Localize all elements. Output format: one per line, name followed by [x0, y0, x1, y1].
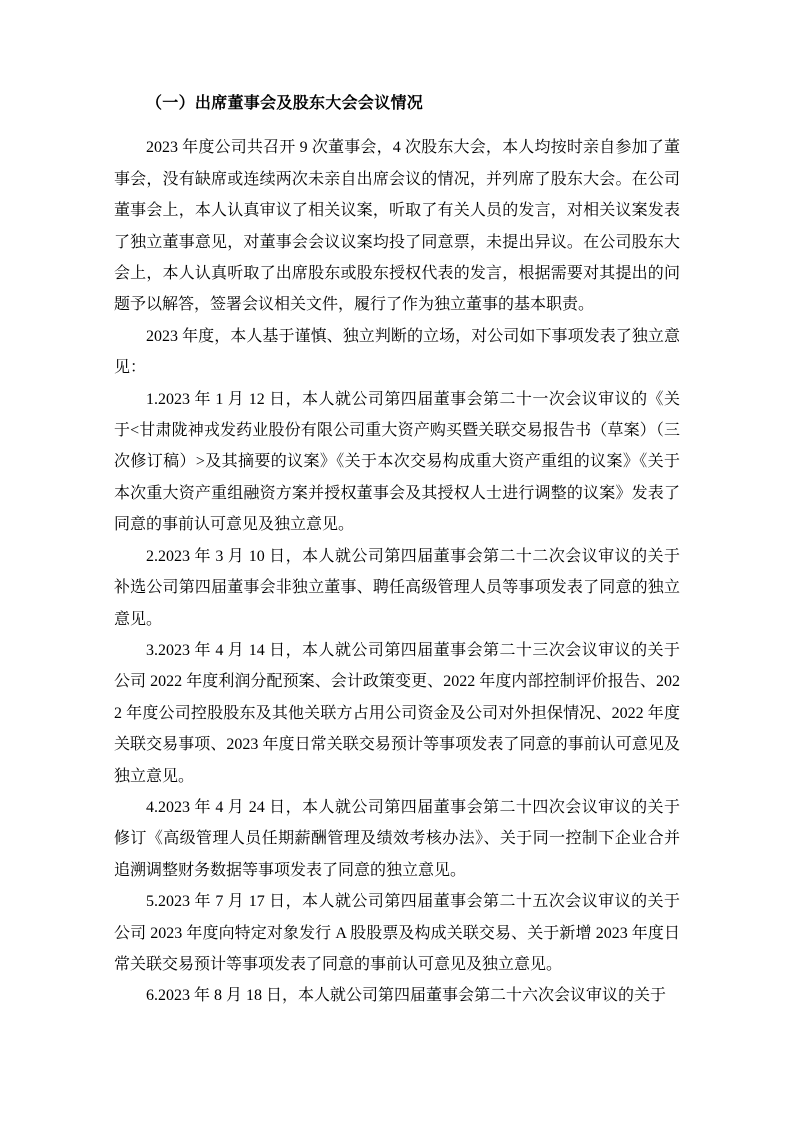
paragraph-opinions-intro: 2023 年度，本人基于谨慎、独立判断的立场，对公司如下事项发表了独立意见：: [114, 321, 680, 384]
document-page: （一）出席董事会及股东大会会议情况 2023 年度公司共召开 9 次董事会，4 …: [0, 0, 794, 1122]
paragraph-item-2: 2.2023 年 3 月 10 日，本人就公司第四届董事会第二十二次会议审议的关…: [114, 541, 680, 635]
paragraph-item-1: 1.2023 年 1 月 12 日，本人就公司第四届董事会第二十一次会议审议的《…: [114, 384, 680, 541]
paragraph-item-6: 6.2023 年 8 月 18 日，本人就公司第四届董事会第二十六次会议审议的关…: [114, 980, 680, 1011]
section-heading: （一）出席董事会及股东大会会议情况: [114, 88, 680, 119]
paragraph-item-3: 3.2023 年 4 月 14 日，本人就公司第四届董事会第二十三次会议审议的关…: [114, 635, 680, 792]
paragraph-item-4: 4.2023 年 4 月 24 日，本人就公司第四届董事会第二十四次会议审议的关…: [114, 792, 680, 886]
paragraph-attendance-summary: 2023 年度公司共召开 9 次董事会，4 次股东大会，本人均按时亲自参加了董事…: [114, 132, 680, 320]
paragraph-item-5: 5.2023 年 7 月 17 日，本人就公司第四届董事会第二十五次会议审议的关…: [114, 886, 680, 980]
